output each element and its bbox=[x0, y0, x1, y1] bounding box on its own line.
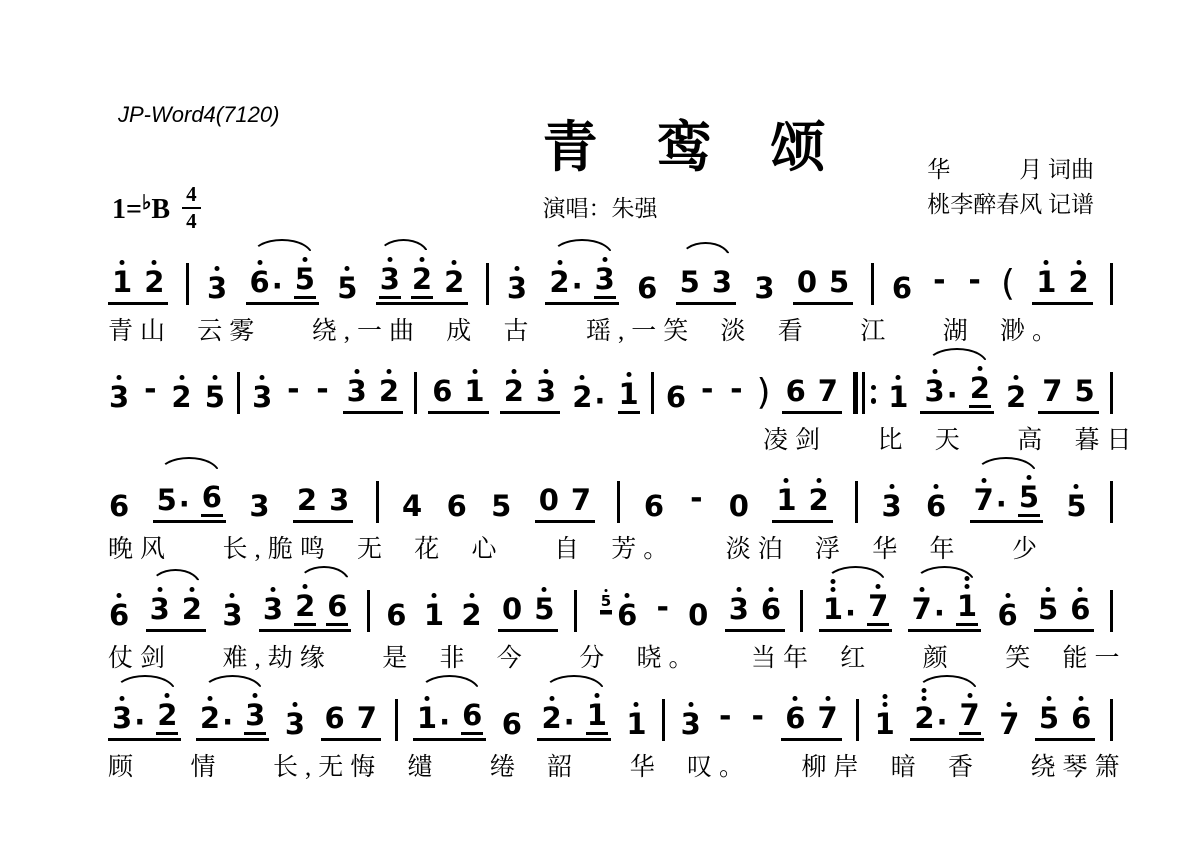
octave-dots bbox=[825, 696, 830, 701]
note-number: 6 bbox=[784, 704, 806, 735]
note-number: 1 bbox=[874, 710, 896, 741]
note-number: 6 bbox=[501, 710, 523, 741]
octave-dots bbox=[977, 366, 982, 371]
note-number: 1 bbox=[822, 595, 844, 626]
octave-dot bbox=[1047, 696, 1052, 701]
note-number: 1 bbox=[1035, 268, 1057, 299]
note: 1 bbox=[618, 380, 640, 414]
note: 5 bbox=[490, 492, 512, 523]
augmentation-dot: · bbox=[844, 600, 857, 626]
dash-note: - bbox=[698, 375, 716, 414]
octave-dot bbox=[260, 375, 265, 380]
note: 6 bbox=[636, 274, 658, 305]
note: 7 bbox=[817, 377, 839, 408]
note-number: 7 bbox=[867, 592, 889, 626]
barline bbox=[662, 699, 665, 741]
note-number: 1 bbox=[887, 383, 909, 414]
note-number: 7 bbox=[817, 377, 839, 408]
note-number: 3 bbox=[262, 595, 284, 626]
grace-note: 5 bbox=[600, 593, 612, 612]
beam-group: 36 bbox=[725, 595, 785, 632]
note-number: 2 bbox=[170, 383, 192, 414]
octave-dot bbox=[354, 369, 359, 374]
note: 56 bbox=[616, 601, 638, 632]
note: 6 bbox=[643, 492, 665, 523]
note: 1 bbox=[887, 383, 909, 414]
note-number: 2 bbox=[1067, 268, 1089, 299]
note: 7 bbox=[816, 704, 838, 735]
augmentation-dot: · bbox=[221, 709, 234, 735]
octave-dot bbox=[152, 260, 157, 265]
octave-dots bbox=[964, 576, 969, 589]
note-number: 3 bbox=[379, 265, 401, 299]
octave-dots bbox=[345, 266, 350, 271]
repeat-dot bbox=[871, 385, 877, 391]
note: 2 bbox=[170, 383, 192, 414]
repeat-dots bbox=[869, 374, 877, 414]
note: 6 bbox=[385, 601, 407, 632]
note: 5 bbox=[828, 268, 850, 299]
note: 3 bbox=[206, 274, 228, 305]
note-number: 0 bbox=[728, 492, 750, 523]
octave-dot bbox=[604, 589, 607, 592]
octave-dots bbox=[271, 587, 276, 592]
note: 7· bbox=[911, 595, 946, 626]
note-number: 3 bbox=[711, 268, 733, 299]
notation-row: 63233266120556-0361·77·1656 bbox=[108, 592, 1113, 632]
note-number: 3 bbox=[284, 710, 306, 741]
note: 1 bbox=[956, 592, 978, 626]
octave-dot bbox=[431, 593, 436, 598]
octave-dots bbox=[736, 587, 741, 592]
beam-group: 07 bbox=[535, 486, 595, 523]
lyrics-row: 顾 情 长,无悔 缱 绻 韶 华 叹。 柳岸 暗 香 绕琴箫 bbox=[108, 753, 1113, 783]
note: 2· bbox=[571, 383, 606, 414]
beam-group: 2·3 bbox=[196, 701, 269, 741]
octave-dots bbox=[424, 696, 429, 701]
octave-dots bbox=[1047, 696, 1052, 701]
barline bbox=[395, 699, 398, 741]
beam-group: 7·1 bbox=[908, 592, 981, 632]
beam-group: 3·2 bbox=[108, 701, 181, 741]
barline bbox=[1110, 699, 1113, 741]
lyrics-row: 仗剑 难,劫缘 是 非 今 分 晓。 当年 红 颜 笑 能一 bbox=[108, 644, 1113, 674]
note: 3 bbox=[728, 595, 750, 626]
beam-group: 05 bbox=[793, 268, 853, 305]
note-number: 6 bbox=[1070, 704, 1092, 735]
note-number: 1 bbox=[416, 704, 438, 735]
note: 3 bbox=[346, 377, 368, 408]
note-number: 6 bbox=[108, 601, 130, 632]
octave-dots bbox=[386, 369, 391, 374]
octave-dot bbox=[964, 584, 969, 589]
note: 3 bbox=[379, 265, 401, 299]
octave-dot bbox=[387, 257, 392, 262]
notation-row: 3-253--3261232·16--)6713·2275 bbox=[108, 374, 1113, 414]
note: 6 bbox=[1069, 595, 1091, 626]
octave-dots bbox=[876, 584, 881, 589]
octave-dots bbox=[604, 589, 607, 592]
score-line-3: 65·6323465076-012367·55晚风 长,脆鸣 无 花 心 自 芳… bbox=[108, 483, 1113, 565]
parenthesis: ( bbox=[1001, 266, 1015, 305]
note-number: 3 bbox=[506, 274, 528, 305]
octave-dot bbox=[784, 478, 789, 483]
note: 2 bbox=[969, 374, 991, 408]
octave-dots bbox=[212, 375, 217, 380]
octave-dot bbox=[768, 587, 773, 592]
octave-dot bbox=[542, 587, 547, 592]
note: 7 bbox=[1041, 377, 1063, 408]
octave-dot bbox=[212, 375, 217, 380]
note: 5 bbox=[679, 268, 701, 299]
octave-dot bbox=[981, 478, 986, 483]
octave-dot bbox=[793, 696, 798, 701]
note: 2 bbox=[503, 377, 525, 408]
note-number: 2 bbox=[548, 268, 570, 299]
octave-dots bbox=[511, 369, 516, 374]
barline bbox=[486, 263, 489, 305]
octave-dots bbox=[557, 260, 562, 265]
octave-dots bbox=[882, 694, 887, 707]
note-number: 5 bbox=[1065, 492, 1087, 523]
note-number: 3 bbox=[108, 383, 130, 414]
note-number: 1 bbox=[586, 701, 608, 735]
octave-dots bbox=[179, 375, 184, 380]
note-number: 2 bbox=[540, 704, 562, 735]
dash-note: - bbox=[749, 702, 767, 741]
note: 5 bbox=[1073, 377, 1095, 408]
note-number: 3 bbox=[346, 377, 368, 408]
augmentation-dot: · bbox=[946, 382, 959, 408]
note: 0 bbox=[796, 268, 818, 299]
octave-dots bbox=[896, 375, 901, 380]
note-number: 3 bbox=[880, 492, 902, 523]
note-number: 2 bbox=[571, 383, 593, 414]
octave-dots bbox=[253, 693, 258, 698]
note-number: 5 bbox=[679, 268, 701, 299]
note-number: 4 bbox=[401, 492, 423, 523]
augmentation-dot: · bbox=[936, 709, 949, 735]
note: 3 bbox=[221, 601, 243, 632]
octave-dot bbox=[120, 260, 125, 265]
note-number: 6 bbox=[108, 492, 130, 523]
octave-dot bbox=[876, 584, 881, 589]
note: 5 bbox=[204, 383, 226, 414]
octave-dot bbox=[292, 702, 297, 707]
key-text: 1=♭B bbox=[112, 190, 170, 226]
note: 6 bbox=[1070, 704, 1092, 735]
octave-dots bbox=[1079, 696, 1084, 701]
barline bbox=[871, 263, 874, 305]
note: 2· bbox=[913, 704, 948, 735]
note-number: 6 bbox=[925, 492, 947, 523]
note: 6· bbox=[249, 268, 284, 299]
octave-dots bbox=[1044, 260, 1049, 265]
octave-dots bbox=[215, 266, 220, 271]
octave-dot bbox=[469, 593, 474, 598]
octave-dots bbox=[420, 257, 425, 262]
note: 3 bbox=[284, 710, 306, 741]
octave-dots bbox=[816, 478, 821, 483]
credits: 华 月 词曲 桃李醉春风 记谱 bbox=[927, 153, 1094, 222]
note-number: 6 bbox=[616, 601, 638, 632]
note: 2· bbox=[199, 704, 234, 735]
barline bbox=[1110, 481, 1113, 523]
octave-dots bbox=[634, 702, 639, 707]
note-number: 0 bbox=[687, 601, 709, 632]
note: 3· bbox=[111, 704, 146, 735]
note: 3 bbox=[753, 274, 775, 305]
octave-dot bbox=[1014, 375, 1019, 380]
octave-dots bbox=[117, 593, 122, 598]
octave-dots bbox=[594, 693, 599, 698]
note-number: 5 bbox=[828, 268, 850, 299]
beam-group: 12 bbox=[772, 486, 832, 523]
octave-dot bbox=[271, 587, 276, 592]
octave-dots bbox=[303, 584, 308, 589]
note: 5 bbox=[294, 265, 316, 299]
note: 2· bbox=[548, 268, 583, 299]
sheet-music-page: JP-Word4(7120) 青 鸾 颂 演唱：朱强 华 月 词曲 桃李醉春风 … bbox=[0, 0, 1200, 850]
beam-group: 7·5 bbox=[970, 483, 1043, 523]
barline bbox=[856, 699, 859, 741]
note: 7 bbox=[867, 592, 889, 626]
augmentation-dot: · bbox=[438, 709, 451, 735]
octave-dot bbox=[1007, 702, 1012, 707]
dash-note: - bbox=[687, 484, 705, 523]
note: 0 bbox=[687, 601, 709, 632]
note-number: 1 bbox=[775, 486, 797, 517]
octave-dot bbox=[1079, 696, 1084, 701]
lyrics-row: 青山 云雾 绕,一曲 成 古 瑶,一笑 淡 看 江 湖 渺。 bbox=[108, 317, 1113, 347]
barline bbox=[186, 263, 189, 305]
octave-dot bbox=[557, 260, 562, 265]
note-number: 6 bbox=[385, 601, 407, 632]
octave-dot bbox=[919, 587, 924, 592]
note-number: 6 bbox=[1069, 595, 1091, 626]
score-line-4: 63233266120556-0361·77·1656仗剑 难,劫缘 是 非 今… bbox=[108, 592, 1113, 674]
octave-dot bbox=[830, 587, 835, 592]
beam-group: 75 bbox=[1038, 377, 1098, 414]
notation-row: 1236·5532232·36533056--(12 bbox=[108, 265, 1113, 305]
beam-group: 2·7 bbox=[910, 701, 983, 741]
note-number: 5 bbox=[336, 274, 358, 305]
dash-note: - bbox=[141, 375, 159, 414]
octave-dots bbox=[1005, 593, 1010, 598]
octave-dots bbox=[934, 484, 939, 489]
octave-dot bbox=[1005, 593, 1010, 598]
octave-dot bbox=[208, 696, 213, 701]
octave-dot bbox=[688, 702, 693, 707]
note: 1 bbox=[775, 486, 797, 517]
barline bbox=[574, 590, 577, 632]
note-number: 6 bbox=[249, 268, 271, 299]
flat-icon: ♭ bbox=[142, 192, 151, 214]
score-line-2: 3-253--3261232·16--)6713·2275凌剑 比 天 高 暮日 bbox=[108, 374, 1113, 456]
score-line-5: 3·22·33671·662·113--6712·7756顾 情 长,无悔 缱 … bbox=[108, 701, 1113, 783]
octave-dot bbox=[932, 369, 937, 374]
note-number: 3 bbox=[251, 383, 273, 414]
note-number: 7 bbox=[959, 701, 981, 735]
octave-dot bbox=[882, 702, 887, 707]
octave-dot bbox=[420, 257, 425, 262]
note-number: 2 bbox=[1005, 383, 1027, 414]
note: 1 bbox=[1035, 268, 1057, 299]
augmentation-dot: · bbox=[271, 273, 284, 299]
note-number: 2 bbox=[969, 374, 991, 408]
augmentation-dot: · bbox=[178, 491, 191, 517]
note-number: 5 bbox=[204, 383, 226, 414]
note-number: 5 bbox=[1073, 377, 1095, 408]
note-number: 7 bbox=[1041, 377, 1063, 408]
note: 3 bbox=[594, 265, 616, 299]
octave-dot bbox=[625, 593, 630, 598]
augmentation-dot: · bbox=[563, 709, 576, 735]
octave-dots bbox=[165, 693, 170, 698]
octave-dots bbox=[302, 257, 307, 262]
note-number: 7 bbox=[570, 486, 592, 517]
octave-dot bbox=[1026, 475, 1031, 480]
note: 5· bbox=[156, 486, 191, 517]
barline bbox=[376, 481, 379, 523]
note-number: 0 bbox=[501, 595, 523, 626]
augmentation-dot: · bbox=[593, 388, 606, 414]
note: 7 bbox=[356, 704, 378, 735]
note-number: 1 bbox=[625, 710, 647, 741]
note: 2 bbox=[378, 377, 400, 408]
note: 2 bbox=[1005, 383, 1027, 414]
barline bbox=[855, 481, 858, 523]
beam-group: 2·3 bbox=[545, 265, 618, 305]
note-number: 3 bbox=[923, 377, 945, 408]
note-number: 5 bbox=[1018, 483, 1040, 517]
note-number: 6 bbox=[324, 704, 346, 735]
octave-dot bbox=[511, 369, 516, 374]
octave-dot bbox=[303, 584, 308, 589]
octave-dot bbox=[1074, 484, 1079, 489]
note-number: 2 bbox=[181, 595, 203, 626]
note-number: 2 bbox=[294, 592, 316, 626]
note-number: 7 bbox=[973, 486, 995, 517]
octave-dots bbox=[120, 696, 125, 701]
note: 0 bbox=[728, 492, 750, 523]
beam-group: 6·5 bbox=[246, 265, 319, 305]
note-number: 6 bbox=[996, 601, 1018, 632]
note: 3 bbox=[251, 383, 273, 414]
barline bbox=[1110, 372, 1113, 414]
note-number: 5 bbox=[1037, 595, 1059, 626]
octave-dot bbox=[165, 693, 170, 698]
octave-dot bbox=[543, 369, 548, 374]
octave-dots bbox=[549, 696, 554, 701]
octave-dots bbox=[889, 484, 894, 489]
octave-dot bbox=[157, 587, 162, 592]
octave-dot bbox=[626, 372, 631, 377]
note: 2 bbox=[296, 486, 318, 517]
octave-dot bbox=[189, 587, 194, 592]
note-number: 3 bbox=[328, 486, 350, 517]
octave-dots bbox=[922, 688, 927, 701]
beam-group: 53 bbox=[676, 268, 736, 305]
beam-group: 23 bbox=[500, 377, 560, 414]
note: 2 bbox=[143, 268, 165, 299]
octave-dot bbox=[424, 696, 429, 701]
note-number: 2 bbox=[378, 377, 400, 408]
note: 7 bbox=[998, 710, 1020, 741]
note-number: 1 bbox=[463, 377, 485, 408]
key-letter: B bbox=[151, 194, 170, 225]
octave-dots bbox=[543, 369, 548, 374]
note-number: 3 bbox=[248, 492, 270, 523]
octave-dot bbox=[634, 702, 639, 707]
note: 6 bbox=[108, 492, 130, 523]
note: 2 bbox=[1067, 268, 1089, 299]
note: 5 bbox=[1038, 704, 1060, 735]
note-number: 1 bbox=[956, 592, 978, 626]
octave-dots bbox=[1014, 375, 1019, 380]
note: 6 bbox=[201, 483, 223, 517]
credit-lyricist-composer: 华 月 词曲 bbox=[927, 153, 1094, 188]
beam-group: 3·2 bbox=[920, 374, 993, 414]
time-signature: 4 4 bbox=[182, 184, 201, 232]
octave-dots bbox=[981, 478, 986, 483]
repeat-begin-sign bbox=[853, 372, 876, 414]
note-number: 1 bbox=[618, 380, 640, 414]
octave-dots bbox=[1007, 702, 1012, 707]
octave-dots bbox=[967, 693, 972, 698]
octave-dot bbox=[472, 369, 477, 374]
octave-dot bbox=[345, 266, 350, 271]
octave-dots bbox=[120, 260, 125, 265]
octave-dot bbox=[515, 266, 520, 271]
lyrics-row: 晚风 长,脆鸣 无 花 心 自 芳。 淡泊 浮 华 年 少 bbox=[108, 535, 1113, 565]
note: 3 bbox=[149, 595, 171, 626]
note: 2 bbox=[443, 268, 465, 299]
dash-note: - bbox=[966, 266, 984, 305]
octave-dot bbox=[602, 257, 607, 262]
octave-dots bbox=[1026, 475, 1031, 480]
key-prefix: 1= bbox=[112, 194, 142, 225]
beam-group: 67 bbox=[321, 704, 381, 741]
note: 1 bbox=[463, 377, 485, 408]
note: 3 bbox=[535, 377, 557, 408]
note-number: 2 bbox=[503, 377, 525, 408]
credit-transcriber: 桃李醉春风 记谱 bbox=[927, 188, 1094, 223]
octave-dot bbox=[1076, 260, 1081, 265]
note-number: 3 bbox=[149, 595, 171, 626]
octave-dots bbox=[688, 702, 693, 707]
note: 2· bbox=[540, 704, 575, 735]
beam-group: 326 bbox=[259, 592, 352, 632]
repeat-bar-thick bbox=[853, 372, 858, 414]
octave-dots bbox=[932, 369, 937, 374]
beam-group: 05 bbox=[498, 595, 558, 632]
barline bbox=[367, 590, 370, 632]
note: 3 bbox=[880, 492, 902, 523]
note: 3· bbox=[923, 377, 958, 408]
note-number: 6 bbox=[636, 274, 658, 305]
note: 1 bbox=[586, 701, 608, 735]
beam-group: 32 bbox=[343, 377, 403, 414]
note: 5 bbox=[1065, 492, 1087, 523]
note-number: 2 bbox=[199, 704, 221, 735]
octave-dots bbox=[542, 587, 547, 592]
note-number: 2 bbox=[913, 704, 935, 735]
note: 3 bbox=[248, 492, 270, 523]
octave-dots bbox=[117, 375, 122, 380]
octave-dots bbox=[768, 587, 773, 592]
octave-dot bbox=[922, 688, 927, 693]
